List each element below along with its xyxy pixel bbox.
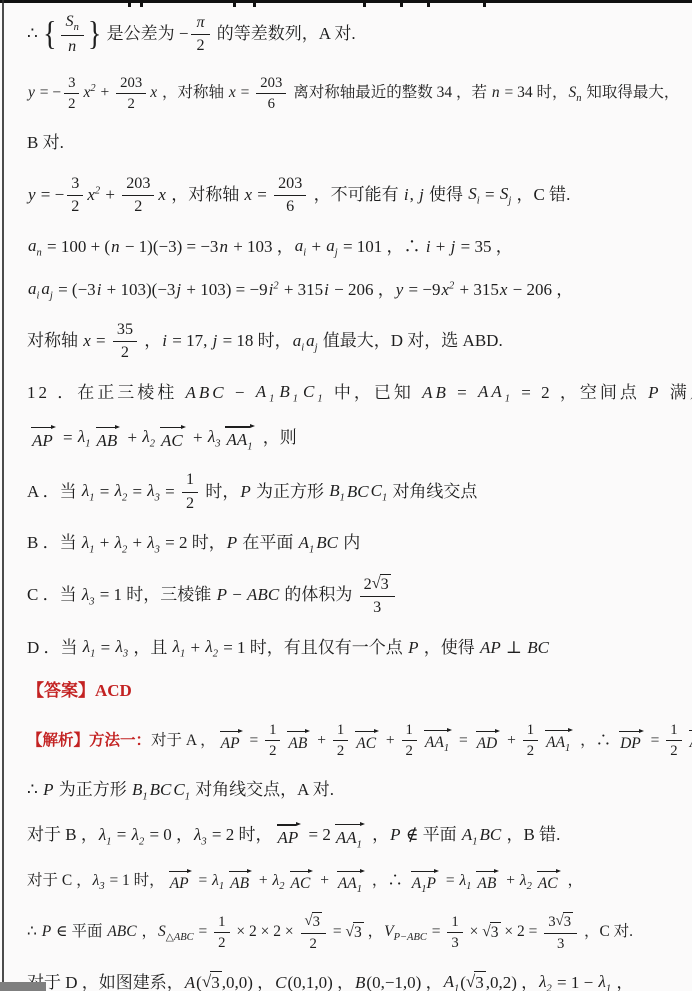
denominator: 2 xyxy=(404,741,415,760)
text-run: 内 xyxy=(339,532,360,555)
math-subscripted: ai xyxy=(292,330,305,354)
denominator: 3 xyxy=(449,933,460,952)
subscript: 2 xyxy=(150,439,155,450)
math-subscripted: C1 xyxy=(370,480,389,504)
math-variable: BC xyxy=(479,824,503,847)
denominator: 3 xyxy=(555,934,566,953)
text-run: + xyxy=(101,184,119,207)
math-subscripted: aj xyxy=(305,330,318,354)
subscript: 1 xyxy=(89,544,94,555)
math-superscripted: x2 xyxy=(440,279,455,302)
numerator: 3 xyxy=(67,174,83,196)
vector-arrow: AA1 xyxy=(224,423,255,453)
vector-arrow: AB xyxy=(286,728,310,755)
text-run: 2 xyxy=(310,935,317,953)
math-variable: P xyxy=(226,532,238,555)
fraction: 12 xyxy=(265,721,280,761)
analysis-method-1: 【解析】方法一：对于 A ，AP = 12AB + 12AC + 12AA1 =… xyxy=(27,721,684,761)
math-variable: y xyxy=(27,184,37,207)
text-run: + xyxy=(432,236,450,259)
math-subscripted: λ3 xyxy=(115,636,130,660)
text-run: − 206 ， xyxy=(330,279,395,302)
text-run: = 1 时， xyxy=(106,871,165,892)
option-d: D ．当 λ1 = λ3 ，且 λ1 + λ2 = 1 时，有且仅有一个点 P … xyxy=(27,635,684,661)
text-run: 203 xyxy=(278,174,302,194)
text-run: = 1 − xyxy=(553,972,598,991)
text-run: = xyxy=(95,481,113,504)
step-a-conclusion: ∴ {Snn} 是公差为 −π2 的等差数列，A 对. xyxy=(27,12,684,57)
subscript: 1 xyxy=(293,394,301,405)
vector-arrow: AP xyxy=(219,728,243,755)
numerator: 1 xyxy=(214,913,229,933)
text-run: + xyxy=(123,427,141,450)
math-superscripted: x2 xyxy=(82,83,96,104)
subscript: j xyxy=(315,342,318,353)
denominator: 2 xyxy=(66,94,77,113)
text-run: ACD xyxy=(95,680,132,703)
fraction: 2036 xyxy=(274,174,306,217)
fraction: 2036 xyxy=(256,74,286,114)
math-variable: AP xyxy=(479,637,502,660)
text-run: ， xyxy=(612,972,633,991)
text-run: ，不可能有 xyxy=(309,184,403,207)
analysis-a-conclusion: ∴ P 为正方形 B1BCC1 对角线交点，A 对. xyxy=(27,778,684,804)
subscript: 1 xyxy=(505,394,513,405)
text-run: ，对称轴 xyxy=(167,184,244,207)
vector-arrow: AA1 xyxy=(688,727,692,755)
vector-arrow: AA1 xyxy=(544,727,573,755)
math-variable: x xyxy=(499,279,509,302)
text-run: − 206 ， xyxy=(508,279,573,302)
text-run: 2 xyxy=(406,742,413,760)
text-run: + 103) = −9 xyxy=(182,279,267,302)
math-variable: P xyxy=(41,922,52,943)
math-variable: P xyxy=(407,637,419,660)
subscript: 1 xyxy=(565,743,570,754)
subscript: 2 xyxy=(122,492,127,503)
fraction: 12 xyxy=(523,721,538,761)
text-run: = − xyxy=(37,184,65,207)
radical: √3 xyxy=(556,912,573,931)
numerator: 1 xyxy=(447,913,462,933)
numerator: 1 xyxy=(333,721,348,741)
math-subscripted: A1 xyxy=(443,971,461,991)
subscript: 1 xyxy=(466,881,471,892)
text-run: = −9 xyxy=(404,279,440,302)
math-subscripted: B1 xyxy=(278,381,302,405)
math-subscripted: C1 xyxy=(172,779,191,803)
fraction: 13 xyxy=(447,913,462,953)
subscript: △ABC xyxy=(166,932,194,943)
text-run: 1 xyxy=(186,470,194,490)
text-run: = (−3 xyxy=(54,279,96,302)
text-run: = 35 ， xyxy=(456,236,512,259)
text-run: ，B 错. xyxy=(502,824,560,847)
math-variable: j xyxy=(212,330,219,353)
text-run: ∴ xyxy=(27,23,42,46)
vector-arrow: AB xyxy=(475,868,499,895)
text-run: = xyxy=(246,731,263,752)
document-content: ∴ {Snn} 是公差为 −π2 的等差数列，A 对.y = −32x2 + 2… xyxy=(0,0,692,991)
fraction: π2 xyxy=(191,13,209,56)
text-run: 对角线交点 xyxy=(388,481,477,504)
text-run: + xyxy=(97,83,114,104)
math-variable: ABC xyxy=(246,584,280,607)
fraction: 12 xyxy=(402,721,417,761)
numerator: 35 xyxy=(113,320,137,342)
text-run: × 2 = xyxy=(501,922,542,943)
math-subscripted: λ2 xyxy=(204,636,219,660)
denominator: 2 xyxy=(216,933,227,952)
text-run: + xyxy=(189,427,207,450)
text-run: 对称轴 xyxy=(27,330,82,353)
text-run: = xyxy=(128,481,146,504)
text-run: 6 xyxy=(286,197,294,217)
radicand: 3 xyxy=(380,574,391,595)
text-run: 知取得最大， xyxy=(582,83,679,104)
text-run: 的体积为 xyxy=(280,584,357,607)
page-left-border xyxy=(2,0,4,991)
math-variable: x xyxy=(149,83,158,104)
text-run: 3 xyxy=(548,913,555,931)
cropped-text-artifact xyxy=(128,3,131,7)
text-run: ⊥ xyxy=(502,637,527,660)
math-subscripted: λ3 xyxy=(193,824,208,848)
denominator: 2 xyxy=(267,741,278,760)
subscript: i xyxy=(37,291,40,302)
subscript: 1 xyxy=(89,492,94,503)
denominator: n xyxy=(65,36,79,57)
text-run: (0,−1,0) ， xyxy=(366,972,442,991)
radical: √3 xyxy=(372,574,391,595)
text-run: + 315 xyxy=(280,279,324,302)
math-variable: x xyxy=(82,330,92,353)
text-run: = xyxy=(96,637,114,660)
text-run: 【解析】 xyxy=(27,731,89,752)
text-run: ， xyxy=(564,871,583,892)
math-subscripted: Sj xyxy=(499,183,512,207)
option-a: A ．当 λ1 = λ2 = λ3 = 12 时，P 为正方形 B1BCC1 对… xyxy=(27,470,684,513)
numerator: 203 xyxy=(274,174,306,196)
subscript: j xyxy=(50,291,53,302)
curly-brace: } xyxy=(88,12,101,57)
step-b-conclusion: B 对. xyxy=(27,131,684,157)
subscript: 3 xyxy=(215,439,220,450)
text-run: 203 xyxy=(260,74,282,92)
subscript: n xyxy=(576,93,581,104)
text-run: 方法一： xyxy=(89,731,151,752)
text-run: = 2 时， xyxy=(208,824,273,847)
math-subscripted: ai xyxy=(27,278,40,302)
text-run: 对于 D ，如图建系， xyxy=(27,972,184,991)
text-run: = xyxy=(112,824,130,847)
math-subscripted: λ2 xyxy=(114,532,129,556)
fraction: 3√33 xyxy=(544,912,577,953)
math-subscripted: VP−ABC xyxy=(383,922,428,944)
text-run: + xyxy=(186,637,204,660)
subscript: 1 xyxy=(269,394,277,405)
text-run: + 315 xyxy=(455,279,499,302)
fraction: 12 xyxy=(333,721,348,761)
fraction: 2032 xyxy=(116,74,146,114)
text-run: 离对称轴最近的整数 34 ，若 xyxy=(289,83,491,104)
text-run: ， xyxy=(368,824,389,847)
radicand: 3 xyxy=(474,971,486,991)
math-variable: j xyxy=(175,279,182,302)
text-run: + xyxy=(502,871,519,892)
step-d-conclusion: 对称轴 x = 352 ，i = 17, j = 18 时，aiaj 值最大，D… xyxy=(27,320,684,363)
text-run: + xyxy=(313,731,330,752)
text-run: × xyxy=(466,922,483,943)
vector-arrow: AD xyxy=(475,728,501,755)
fraction: 352 xyxy=(113,320,137,363)
vector-arrow: AB xyxy=(95,424,121,453)
text-run: 是公差为 − xyxy=(102,23,188,46)
radical: √3 xyxy=(305,912,322,931)
text-run: 1 xyxy=(337,721,344,739)
text-run: 1 xyxy=(527,721,534,739)
text-run: ∉ 平面 xyxy=(402,824,461,847)
subscript: 2 xyxy=(213,649,218,660)
numerator: 1 xyxy=(666,721,681,741)
subscript: 1 xyxy=(180,649,185,660)
text-run: ,0,2) ， xyxy=(486,972,538,991)
question-12-stem: 12 ．在正三棱柱 ABC − A1B1C1 中，已知 AB = AA1 = 2… xyxy=(27,380,684,406)
text-run: = 1 时，有且仅有一个点 xyxy=(219,637,407,660)
curly-brace: { xyxy=(43,12,56,57)
text-run: 1 xyxy=(218,913,225,931)
math-variable: i xyxy=(403,184,410,207)
denominator: 6 xyxy=(284,196,296,217)
text-run: D ．当 xyxy=(27,637,82,660)
math-variable: P xyxy=(239,481,251,504)
math-subscripted: λ2 xyxy=(131,824,146,848)
math-subscripted: λ3 xyxy=(92,871,106,893)
subscript: 1 xyxy=(106,836,111,847)
math-subscripted: Si xyxy=(467,183,480,207)
subscript: 3 xyxy=(201,836,206,847)
math-subscripted: λ1 xyxy=(458,871,472,893)
math-superscripted: i2 xyxy=(268,279,280,302)
math-variable: x xyxy=(243,184,253,207)
math-subscripted: λ1 xyxy=(98,824,113,848)
denominator: 2 xyxy=(194,35,206,56)
page-top-border xyxy=(0,0,692,3)
denominator: 2 xyxy=(69,196,81,217)
analysis-d: 对于 D ，如图建系，A(√3,0,0) ，C(0,1,0) ，B(0,−1,0… xyxy=(27,970,684,991)
text-run: A ．当 xyxy=(27,481,81,504)
math-variable: i xyxy=(161,330,168,353)
text-run: × 2 × 2 × xyxy=(233,922,298,943)
subscript: j xyxy=(335,248,338,259)
vector-arrow: AC xyxy=(536,868,561,895)
radicand: 3 xyxy=(312,912,322,931)
subscript: 1 xyxy=(90,649,95,660)
text-run: 2 xyxy=(364,575,372,595)
text-run: ，对称轴 xyxy=(158,83,228,104)
subscript: 1 xyxy=(142,791,147,802)
text-run: 【答案】 xyxy=(27,680,95,703)
fraction: Snn xyxy=(61,12,84,57)
text-run: 3 xyxy=(68,74,75,92)
vector-arrow: AA1 xyxy=(336,868,365,896)
math-variable: π xyxy=(195,13,205,33)
vector-arrow: AP xyxy=(276,821,302,850)
analysis-b: 对于 B ，λ1 = λ2 = 0 ，λ3 = 2 时，AP = 2AA1 ，P… xyxy=(27,821,684,851)
text-run: 对角线交点，A 对. xyxy=(191,779,334,802)
math-variable: C xyxy=(274,972,287,991)
text-run: 的等差数列，A 对. xyxy=(213,23,356,46)
subscript: 1 xyxy=(185,791,190,802)
text-run: = xyxy=(481,184,499,207)
text-run: 对于 C ， xyxy=(27,871,92,892)
text-run: = xyxy=(253,184,271,207)
math-variable: j xyxy=(418,184,425,207)
numerator: π xyxy=(191,13,209,35)
text-run: ，C 错. xyxy=(512,184,570,207)
radical: √3 xyxy=(482,922,500,944)
vector-arrow: A1P xyxy=(410,868,439,896)
text-run: 时， xyxy=(201,481,239,504)
text-run: + xyxy=(307,236,325,259)
text-run: + 103 ， xyxy=(229,236,294,259)
text-run: 1 xyxy=(670,721,677,739)
text-run: 对于 A ， xyxy=(151,731,216,752)
subscript: 1 xyxy=(247,442,252,453)
math-variable: i xyxy=(425,236,432,259)
radicand: 3 xyxy=(210,971,222,991)
text-run: 值最大，D 对，选 ABD. xyxy=(319,330,503,353)
text-run: 1 xyxy=(406,721,413,739)
text-run: = xyxy=(59,427,77,450)
math-variable: BC xyxy=(526,637,550,660)
denominator: 2 xyxy=(119,342,131,363)
denominator: 2 xyxy=(668,741,679,760)
text-run: 3 xyxy=(451,934,458,952)
analysis-c-1: 对于 C ，λ3 = 1 时，AP = λ1AB + λ2AC + AA1 ，∴… xyxy=(27,868,684,896)
superscript: 2 xyxy=(273,280,278,291)
subscript: 1 xyxy=(219,881,224,892)
subscript: 2 xyxy=(279,881,284,892)
text-run: = xyxy=(195,922,212,943)
text-run: 3 xyxy=(71,174,79,194)
text-run: B ．当 xyxy=(27,532,81,555)
superscript: 2 xyxy=(90,83,95,94)
text-run: 2 xyxy=(196,36,204,56)
denominator: 2 xyxy=(132,196,144,217)
radicand: 3 xyxy=(563,912,573,931)
math-subscripted: λ1 xyxy=(597,971,612,991)
text-run: ， xyxy=(364,922,383,943)
math-variable: BC xyxy=(315,532,339,555)
denominator: 2 xyxy=(308,934,319,953)
text-run: 2 xyxy=(121,343,129,363)
text-run: 2 xyxy=(186,494,194,514)
math-variable: i xyxy=(96,279,103,302)
math-subscripted: λ1 xyxy=(211,871,225,893)
text-run: 中，已知 xyxy=(327,382,422,405)
text-run: = 1 时，三棱锥 xyxy=(95,584,215,607)
math-subscripted: Sn xyxy=(567,83,582,105)
subscript: 3 xyxy=(99,881,104,892)
text-run: = xyxy=(442,871,459,892)
text-run: = 2 xyxy=(304,824,331,847)
vector-arrow: AA1 xyxy=(423,727,452,755)
numerator: 3 xyxy=(64,74,79,94)
text-run: + 103)(−3 xyxy=(102,279,175,302)
fraction: 12 xyxy=(666,721,681,761)
numerator: Sn xyxy=(61,12,84,36)
vector-arrow: AP xyxy=(168,868,192,895)
text-run: ，∴ xyxy=(368,871,407,892)
subscript: 2 xyxy=(122,544,127,555)
text-run: = 2 ，空间点 xyxy=(514,382,647,405)
option-b: B ．当 λ1 + λ2 + λ3 = 2 时，P 在平面 A1BC 内 xyxy=(27,531,684,557)
text-run: − xyxy=(228,584,246,607)
text-run: 2 xyxy=(269,742,276,760)
text-run: + xyxy=(255,871,272,892)
numerator: 1 xyxy=(265,721,280,741)
text-run: C ．当 xyxy=(27,584,81,607)
text-run: 2 xyxy=(527,742,534,760)
math-subscripted: an xyxy=(27,235,43,259)
math-subscripted: C1 xyxy=(302,381,327,405)
text-run: = xyxy=(455,731,472,752)
numerator: 203 xyxy=(256,74,286,94)
subscript: n xyxy=(37,248,42,259)
numerator: 203 xyxy=(116,74,146,94)
document-page: ∴ {Snn} 是公差为 −π2 的等差数列，A 对.y = −32x2 + 2… xyxy=(0,0,692,991)
step-d-general-term: an = 100 + (n − 1)(−3) = −3n + 103 ，ai +… xyxy=(27,234,684,260)
math-subscripted: Sn xyxy=(65,12,80,34)
text-run: 2 xyxy=(71,197,79,217)
math-subscripted: λ2 xyxy=(519,871,533,893)
fraction: 12 xyxy=(214,913,229,953)
fraction: 2032 xyxy=(122,174,154,217)
math-variable: n xyxy=(67,37,77,57)
text-run: ∴ xyxy=(27,779,42,802)
math-subscripted: λ1 xyxy=(77,426,92,450)
vector-arrow: DP xyxy=(618,728,644,755)
text-run: ，使得 xyxy=(419,637,479,660)
subscript: j xyxy=(508,196,511,207)
superscript: 2 xyxy=(95,185,100,196)
fraction: √32 xyxy=(301,912,326,953)
denominator: 2 xyxy=(525,741,536,760)
numerator: 203 xyxy=(122,174,154,196)
numerator: 1 xyxy=(402,721,417,741)
text-run: + xyxy=(128,532,146,555)
math-subscripted: ai xyxy=(294,235,307,259)
radical: √3 xyxy=(466,971,486,991)
math-variable: P xyxy=(389,824,401,847)
denominator: 6 xyxy=(266,94,277,113)
radical: √3 xyxy=(202,971,222,991)
math-subscripted: λ3 xyxy=(207,426,222,450)
text-run: 3 xyxy=(557,935,564,953)
denominator: 2 xyxy=(184,493,196,514)
math-variable: n xyxy=(491,83,501,104)
text-run: 203 xyxy=(126,174,150,194)
answer-line: 【答案】ACD xyxy=(27,678,684,704)
text-run: (0,1,0) ， xyxy=(287,972,354,991)
text-run: 3 xyxy=(373,598,381,618)
math-variable: P xyxy=(647,382,662,405)
denominator: 2 xyxy=(125,94,136,113)
step-b-derivation: y = −32x2 + 2032x ，对称轴 x = 2036 离对称轴最近的整… xyxy=(27,74,684,114)
text-run: = xyxy=(237,83,254,104)
text-run: = 18 时， xyxy=(218,330,291,353)
